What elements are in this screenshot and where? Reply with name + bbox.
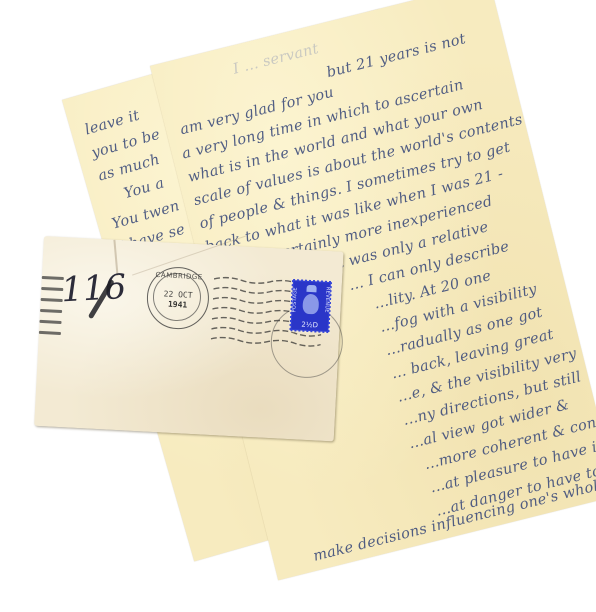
crown-icon: [306, 285, 316, 293]
stamp-revenue-text: REVENUE: [323, 287, 330, 313]
postmark-circle: CAMBRIDGE 22 OCT 1941: [145, 266, 210, 331]
cancellation-bars: [38, 276, 63, 343]
postmark-year: 1941: [147, 299, 207, 311]
handwriting-line: You a: [122, 175, 166, 202]
envelope: 116 CAMBRIDGE 22 OCT 1941 POSTAGE REVENU: [34, 236, 344, 441]
stamp-postage-text: POSTAGE: [291, 287, 298, 313]
handwritten-number: 116: [60, 267, 127, 310]
handwriting-header: I ... servant: [231, 41, 320, 78]
stamp-value: 2½D: [290, 320, 330, 330]
postage-stamp: POSTAGE REVENUE 2½D: [289, 279, 332, 333]
handwriting-line: but 21 years is not: [325, 31, 467, 81]
photo-scene: leave it you to be as much You a You twe…: [0, 0, 596, 612]
king-portrait-icon: [302, 294, 319, 315]
postmark-city: CAMBRIDGE: [149, 271, 209, 282]
